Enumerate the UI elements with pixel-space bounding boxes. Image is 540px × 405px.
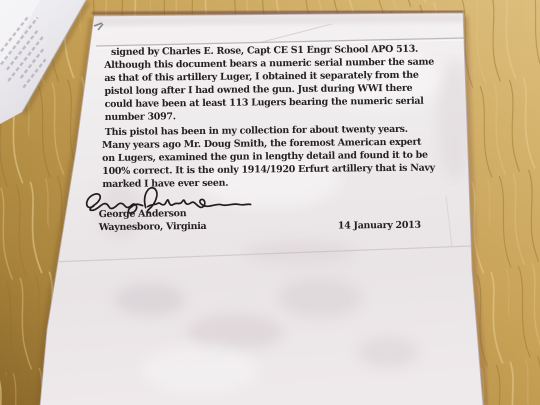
letter-date: 14 January 2013 (338, 219, 421, 233)
signer-name: George Anderson (99, 207, 207, 221)
photo-of-letter: signed by Charles E. Rose, Capt CE S1 En… (0, 0, 540, 405)
letter-line: number 3097. (105, 108, 435, 124)
signer-location: Waynesboro, Virginia (99, 220, 207, 234)
paragraph-1: signed by Charles E. Rose, Capt CE S1 En… (104, 43, 435, 124)
signature-block: George Anderson Waynesboro, Virginia (99, 207, 207, 234)
letter-content: signed by Charles E. Rose, Capt CE S1 En… (0, 0, 540, 405)
